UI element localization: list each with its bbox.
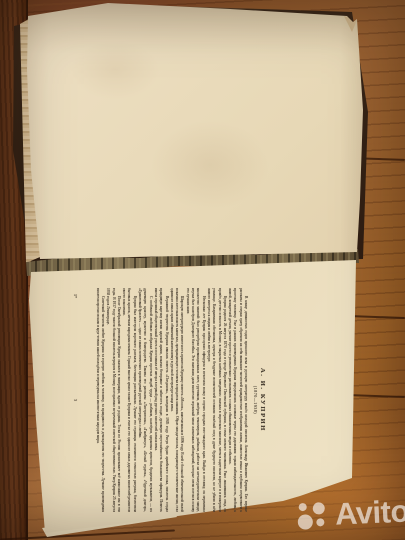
- floor-plank-seam: [348, 315, 405, 319]
- article-heading: А. И. КУПРИН: [259, 288, 266, 512]
- article-paragraph: С особенной любовью изображал Куприн про…: [137, 288, 153, 512]
- article-page-content: А. И. КУПРИН (1870—1938) В конце девянос…: [73, 288, 269, 512]
- page-number: 3: [73, 288, 78, 512]
- article-paragraph: Советский читатель любит Куприна за горя…: [94, 288, 105, 512]
- article-paragraph: Куприн родился 26 августа 1870 года в го…: [206, 288, 227, 512]
- article-paragraph: Широкую литературную известность принесл…: [169, 288, 185, 512]
- floor-plank-seam: [346, 394, 405, 398]
- article-paragraph: Куприн был мастером короткого рассказа, …: [121, 288, 137, 512]
- article-paragraph: Вершиной творчества Куприна явилась пове…: [153, 288, 169, 512]
- rotated-article-text: А. И. КУПРИН (1870—1938) В конце девянос…: [73, 288, 269, 512]
- book-photo: А. И. КУПРИН (1870—1938) В конце девянос…: [0, 0, 405, 540]
- avito-watermark: Avito: [292, 493, 405, 532]
- article-author-dates: (1870—1938): [253, 288, 258, 512]
- page-stain: [150, 120, 270, 210]
- avito-watermark-text: Avito: [334, 495, 405, 529]
- avito-logo-icon: [292, 497, 333, 533]
- article-paragraph: В конце девяностых годов прошлого века в…: [227, 288, 248, 512]
- article-paragraph: После Октябрьской революции Куприн оказа…: [105, 288, 121, 512]
- page-stain: [70, 40, 160, 100]
- article-paragraph: Несколько лет Куприн прослужил офицером …: [184, 288, 205, 512]
